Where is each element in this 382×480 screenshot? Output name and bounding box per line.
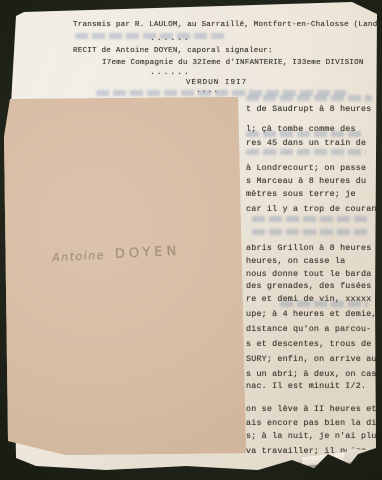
typed-line-fragment: s un abri; à deux, on cas- [246, 369, 378, 379]
typed-line-fragment: car il y a trop de couran [246, 204, 377, 214]
ink-bleed-ghost [246, 131, 364, 137]
typed-line-fragment: upe; à 4 heures et demie, [246, 309, 377, 319]
header-recit-line: RECIT de Antoine DOYEN, caporal signaleu… [73, 47, 273, 55]
typed-line-fragment: abris Grillon à 8 heures [246, 243, 371, 253]
typed-line-fragment: heures, on casse la [246, 256, 345, 266]
ink-bleed-ghost [280, 301, 368, 307]
overlay-blank-sheet: AntoineDOYEN [2, 97, 248, 457]
typed-line-fragment: res 45 dans un train de [246, 138, 366, 148]
ink-bleed-ghost [75, 33, 225, 39]
typed-line-fragment: nac. Il est minuit I/2. [246, 381, 366, 391]
header-unit-line: I7eme Compagnie du 32Ieme d'INFANTERIE, … [102, 59, 364, 67]
ink-bleed-ghost [246, 95, 372, 101]
typed-line-fragment: nous donne tout le barda [246, 269, 371, 279]
typed-line-fragment: t de Saudrupt à 8 heures [246, 104, 371, 114]
dotted-separator: ...... [150, 68, 191, 77]
ink-bleed-ghost [252, 216, 368, 222]
pencil-annotation: AntoineDOYEN [52, 240, 181, 266]
typed-line-fragment: ais encore pas bien la di- [246, 418, 378, 428]
scanned-document-photo: Transmis par R. LAULOM, au Sarraillé, Mo… [0, 0, 382, 480]
ink-bleed-ghost [252, 229, 368, 235]
typed-line-fragment: s Marceau à 8 heures du [246, 176, 366, 186]
typed-line-fragment: s et descentes, trous de [246, 339, 371, 349]
typed-line-fragment: des grenades, des fusées [246, 281, 371, 291]
typed-line-fragment: SURY; enfin, on arrive au [246, 354, 377, 364]
torn-corner-fold [345, 448, 378, 467]
header-transmitted-by: Transmis par R. LAULOM, au Sarraillé, Mo… [73, 21, 378, 29]
typed-line-fragment: mètres sous terre; je [246, 189, 356, 199]
typed-line-fragment: s; à la nuit, je n'ai plus [246, 431, 378, 441]
annotation-first-name: Antoine [52, 249, 105, 265]
typed-line-fragment: on se lève à II heures et [246, 404, 377, 414]
ink-bleed-ghost [246, 149, 366, 155]
typed-line-fragment: à Londrecourt; on passe [246, 163, 366, 173]
annotation-last-name: DOYEN [115, 244, 181, 262]
typed-line-fragment: distance qu'on a parcou- [246, 324, 371, 334]
